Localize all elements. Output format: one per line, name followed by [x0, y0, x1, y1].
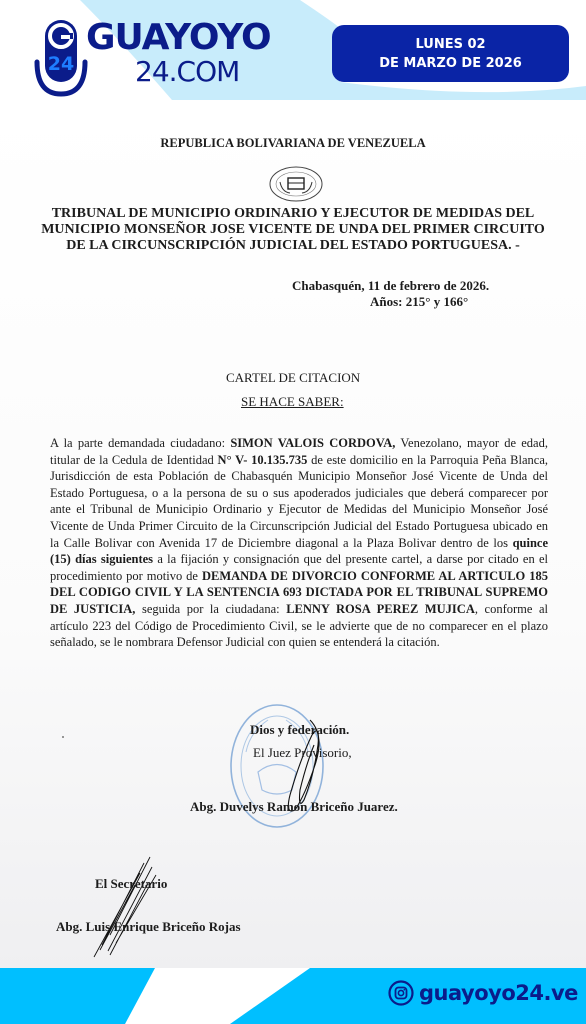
site-footer: guayoyo24.ve [0, 968, 586, 1024]
plaintiff-name: LENNY ROSA PEREZ MUJICA [286, 602, 475, 616]
citation-body: A la parte demandada ciudadano: SIMON VA… [50, 435, 548, 651]
logo-number: 24 [48, 53, 74, 75]
court-seal-icon [268, 166, 324, 202]
brand-domain: 24.COM [135, 56, 239, 88]
date-line-1: LUNES 02 [332, 35, 569, 54]
guayoyo-logo-icon: 24 [34, 18, 94, 98]
republic-heading: REPUBLICA BOLIVARIANA DE VENEZUELA [0, 136, 586, 151]
site-header: 24 GUAYOYO 24.COM LUNES 02 DE MARZO DE 2… [0, 0, 586, 100]
secretary-title: El Secretario [95, 876, 167, 892]
scan-mark [62, 736, 64, 738]
tribunal-line: DE LA CIRCUNSCRIPCIÓN JUDICIAL DEL ESTAD… [40, 238, 546, 254]
body-text: seguida por la ciudadana: [135, 602, 286, 616]
secretary-signature-icon [80, 855, 160, 960]
place-date: Chabasquén, 11 de febrero de 2026. [292, 278, 489, 294]
body-text: A la parte demandada ciudadano: [50, 436, 230, 450]
date-line-2: DE MARZO DE 2026 [332, 54, 569, 73]
instagram-link[interactable]: guayoyo24.ve [388, 980, 578, 1006]
brand-name: GUAYOYO [86, 18, 271, 58]
id-number: N° V- 10.135.735 [218, 453, 308, 467]
tribunal-line: MUNICIPIO MONSEÑOR JOSE VICENTE DE UNDA … [40, 222, 546, 238]
body-text: de este domicilio en la Parroquia Peña B… [50, 453, 548, 550]
se-hace-saber: SE HACE SABER: [241, 394, 344, 410]
date-badge: LUNES 02 DE MARZO DE 2026 [332, 25, 569, 82]
defendant-name: SIMON VALOIS CORDOVA, [230, 436, 395, 450]
years-line: Años: 215° y 166° [370, 294, 468, 310]
instagram-icon [388, 980, 414, 1006]
secretary-name: Abg. Luis Enrique Briceño Rojas [56, 919, 241, 935]
citation-document: REPUBLICA BOLIVARIANA DE VENEZUELA TRIBU… [0, 100, 586, 970]
tribunal-heading: TRIBUNAL DE MUNICIPIO ORDINARIO Y EJECUT… [40, 206, 546, 254]
cartel-title: CARTEL DE CITACION [226, 370, 360, 386]
instagram-handle[interactable]: guayoyo24.ve [419, 981, 578, 1005]
judge-name: Abg. Duvelys Ramon Briceño Juarez. [190, 799, 398, 815]
tribunal-line: TRIBUNAL DE MUNICIPIO ORDINARIO Y EJECUT… [40, 206, 546, 222]
